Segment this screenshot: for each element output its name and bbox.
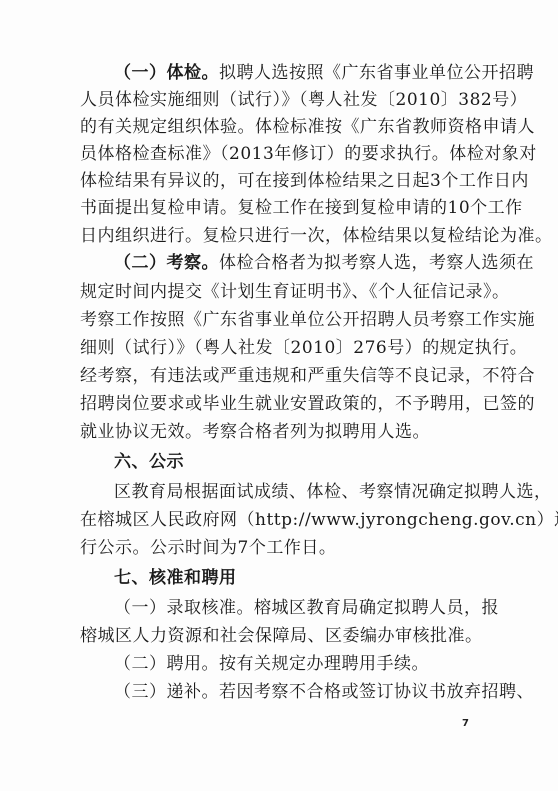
line-text: 若因考察不合格或签订协议书放弃招聘、: [219, 682, 534, 702]
paragraph-line: 细则（试行）》（粤人社发〔2010〕276号）的规定执行。: [80, 335, 472, 361]
section-heading: 六、公示: [114, 449, 472, 475]
paragraph-line: 规定时间内提交《计划生育证明书》、《个人征信记录》。: [80, 279, 472, 305]
line-text: 体检合格者为拟考察人选，考察人选须在: [219, 253, 534, 273]
section-heading: 七、核准和聘用: [114, 565, 472, 591]
paragraph-line: （三）递补。若因考察不合格或签订协议书放弃招聘、: [114, 679, 472, 705]
paragraph-line: 的有关规定组织体验。体检标准按《广东省教师资格申请人: [80, 114, 472, 140]
paragraph-line: 就业协议无效。考察合格者列为拟聘用人选。: [80, 419, 472, 445]
line-text: 按有关规定办理聘用手续。: [219, 654, 429, 674]
paragraph-line: 员体格检查标准》（2013年修订）的要求执行。体检对象对: [80, 141, 472, 167]
line-text: 榕城区教育局确定拟聘人员，报: [254, 598, 499, 618]
item-label: （一）体检。: [114, 63, 219, 83]
paragraph-line: 考察工作按照《广东省事业单位公开招聘人员考察工作实施: [80, 307, 472, 333]
paragraph-line: 榕城区人力资源和社会保障局、区委编办审核批准。: [80, 623, 472, 649]
paragraph-line: （二）考察。体检合格者为拟考察人选，考察人选须在: [114, 250, 472, 276]
paragraph-line: 经考察，有违法或严重违规和严重失信等不良记录，不符合: [80, 363, 472, 389]
item-label: （一）录取核准。: [114, 598, 254, 618]
item-label: （三）递补。: [114, 682, 219, 702]
paragraph-line: 区教育局根据面试成绩、体检、考察情况确定拟聘人选，: [114, 479, 472, 505]
paragraph-line: 在榕城区人民政府网（http://www.jyrongcheng.gov.cn）…: [80, 507, 472, 533]
paragraph-line: 书面提出复检申请。复检工作在接到复检申请的10个工作: [80, 195, 472, 221]
paragraph-line: 招聘岗位要求或毕业生就业安置政策的，不予聘用，已签的: [80, 391, 472, 417]
paragraph-line: （一）体检。拟聘人选按照《广东省事业单位公开招聘: [114, 60, 472, 86]
paragraph-line: 日内组织进行。复检只进行一次，体检结果以复检结论为准。: [80, 223, 472, 249]
paragraph-line: （二）聘用。按有关规定办理聘用手续。: [114, 651, 472, 677]
item-label: （二）聘用。: [114, 654, 219, 674]
document-page: （一）体检。拟聘人选按照《广东省事业单位公开招聘 人员体检实施细则（试行）》（粤…: [0, 0, 558, 791]
item-label: （二）考察。: [114, 253, 219, 273]
line-text: 拟聘人选按照《广东省事业单位公开招聘: [219, 63, 534, 83]
page-number: 7: [462, 718, 469, 729]
paragraph-line: （一）录取核准。榕城区教育局确定拟聘人员，报: [114, 595, 472, 621]
paragraph-line: 行公示。公示时间为7个工作日。: [80, 535, 472, 561]
paragraph-line: 人员体检实施细则（试行）》（粤人社发〔2010〕382号）: [80, 87, 472, 113]
paragraph-line: 体检结果有异议的，可在接到体检结果之日起3个工作日内: [80, 168, 472, 194]
